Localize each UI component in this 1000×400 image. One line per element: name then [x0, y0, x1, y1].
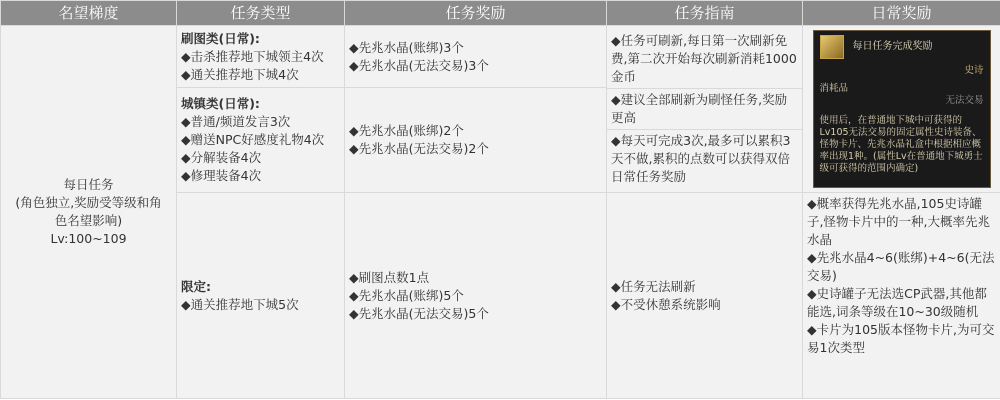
header-type: 任务类型 — [177, 1, 345, 26]
daily-reward-item: ◆卡片为105版本怪物卡片,为可交易1次类型 — [807, 321, 996, 357]
tier-line: 色名望影响) — [5, 212, 172, 230]
header-reward: 任务奖励 — [345, 1, 607, 26]
tier-line: (角色独立,奖励受等级和角 — [5, 194, 172, 212]
type-item: ◆修理装备4次 — [181, 167, 340, 185]
guide-item: ◆每天可完成3次,最多可以累积3天不做,累积的点数可以获得双倍日常任务奖励 — [607, 130, 802, 188]
reward-cell: ◆先兆水晶(账绑)3个 ◆先兆水晶(无法交易)3个 — [345, 26, 607, 88]
card-category: 消耗品 — [820, 83, 849, 95]
guide-cell: ◆任务无法刷新 ◆不受休憩系统影响 — [607, 193, 803, 399]
table-row: 每日任务 (角色独立,奖励受等级和角 色名望影响) Lv:100~109 刷图类… — [1, 26, 1000, 88]
reward-item: ◆刷图点数1点 — [349, 269, 602, 287]
reward-card-cell: 每日任务完成奖励 史诗 消耗品 无法交易 使用后，在普通地下城中可获得的Lv10… — [803, 26, 1000, 193]
card-title: 每日任务完成奖励 — [853, 41, 933, 52]
type-item: ◆赠送NPC好感度礼物4次 — [181, 131, 340, 149]
type-cell: 限定: ◆通关推荐地下城5次 — [177, 193, 345, 399]
card-trade: 无法交易 — [945, 95, 983, 107]
reward-cell: ◆刷图点数1点 ◆先兆水晶(账绑)5个 ◆先兆水晶(无法交易)5个 — [345, 193, 607, 399]
type-cell: 城镇类(日常): ◆普通/频道发言3次 ◆赠送NPC好感度礼物4次 ◆分解装备4… — [177, 88, 345, 193]
type-title: 刷图类(日常): — [181, 30, 340, 48]
type-item: ◆击杀推荐地下城领主4次 — [181, 48, 340, 66]
type-title: 城镇类(日常): — [181, 95, 340, 113]
tier-line: 每日任务 — [5, 176, 172, 194]
daily-task-table: 名望梯度 任务类型 任务奖励 任务指南 日常奖励 每日任务 (角色独立,奖励受等… — [0, 0, 1000, 399]
reward-item: ◆先兆水晶(账绑)5个 — [349, 287, 602, 305]
daily-reward-item: ◆先兆水晶4~6(账绑)+4~6(无法交易) — [807, 249, 996, 285]
header-tier: 名望梯度 — [1, 1, 177, 26]
card-description: 使用后，在普通地下城中可获得的Lv105无法交易的固定属性史诗装备、怪物卡片、先… — [820, 115, 984, 175]
type-item: ◆通关推荐地下城5次 — [181, 296, 340, 314]
guide-cell: ◆任务可刷新,每日第一次刷新免费,第二次开始每次刷新消耗1000金币 ◆建议全部… — [607, 26, 803, 193]
guide-item: ◆建议全部刷新为刷怪任务,奖励更高 — [607, 89, 802, 130]
tier-line: Lv:100~109 — [5, 230, 172, 248]
reward-item: ◆先兆水晶(无法交易)2个 — [349, 140, 602, 158]
guide-item: ◆任务可刷新,每日第一次刷新免费,第二次开始每次刷新消耗1000金币 — [607, 30, 802, 89]
reward-item: ◆先兆水晶(账绑)2个 — [349, 122, 602, 140]
reward-item-card: 每日任务完成奖励 史诗 消耗品 无法交易 使用后，在普通地下城中可获得的Lv10… — [813, 30, 991, 188]
reward-item: ◆先兆水晶(账绑)3个 — [349, 39, 602, 57]
header-daily-reward: 日常奖励 — [803, 1, 1000, 26]
reward-item: ◆先兆水晶(无法交易)3个 — [349, 57, 602, 75]
tier-cell: 每日任务 (角色独立,奖励受等级和角 色名望影响) Lv:100~109 — [1, 26, 177, 399]
reward-box-icon — [820, 35, 844, 59]
type-item: ◆普通/频道发言3次 — [181, 113, 340, 131]
daily-reward-item: ◆史诗罐子无法选CP武器,其他都能选,词条等级在10~30级随机 — [807, 285, 996, 321]
reward-item: ◆先兆水晶(无法交易)5个 — [349, 305, 602, 323]
guide-item: ◆任务无法刷新 — [611, 278, 798, 296]
type-item: ◆分解装备4次 — [181, 149, 340, 167]
card-rarity: 史诗 — [964, 65, 983, 77]
type-cell: 刷图类(日常): ◆击杀推荐地下城领主4次 ◆通关推荐地下城4次 — [177, 26, 345, 88]
daily-reward-item: ◆概率获得先兆水晶,105史诗罐子,怪物卡片中的一种,大概率先兆水晶 — [807, 195, 996, 249]
type-title: 限定: — [181, 278, 340, 296]
type-item: ◆通关推荐地下城4次 — [181, 66, 340, 84]
header-row: 名望梯度 任务类型 任务奖励 任务指南 日常奖励 — [1, 1, 1000, 26]
daily-reward-text-cell: ◆概率获得先兆水晶,105史诗罐子,怪物卡片中的一种,大概率先兆水晶 ◆先兆水晶… — [803, 193, 1000, 399]
header-guide: 任务指南 — [607, 1, 803, 26]
reward-cell: ◆先兆水晶(账绑)2个 ◆先兆水晶(无法交易)2个 — [345, 88, 607, 193]
guide-item: ◆不受休憩系统影响 — [611, 296, 798, 314]
